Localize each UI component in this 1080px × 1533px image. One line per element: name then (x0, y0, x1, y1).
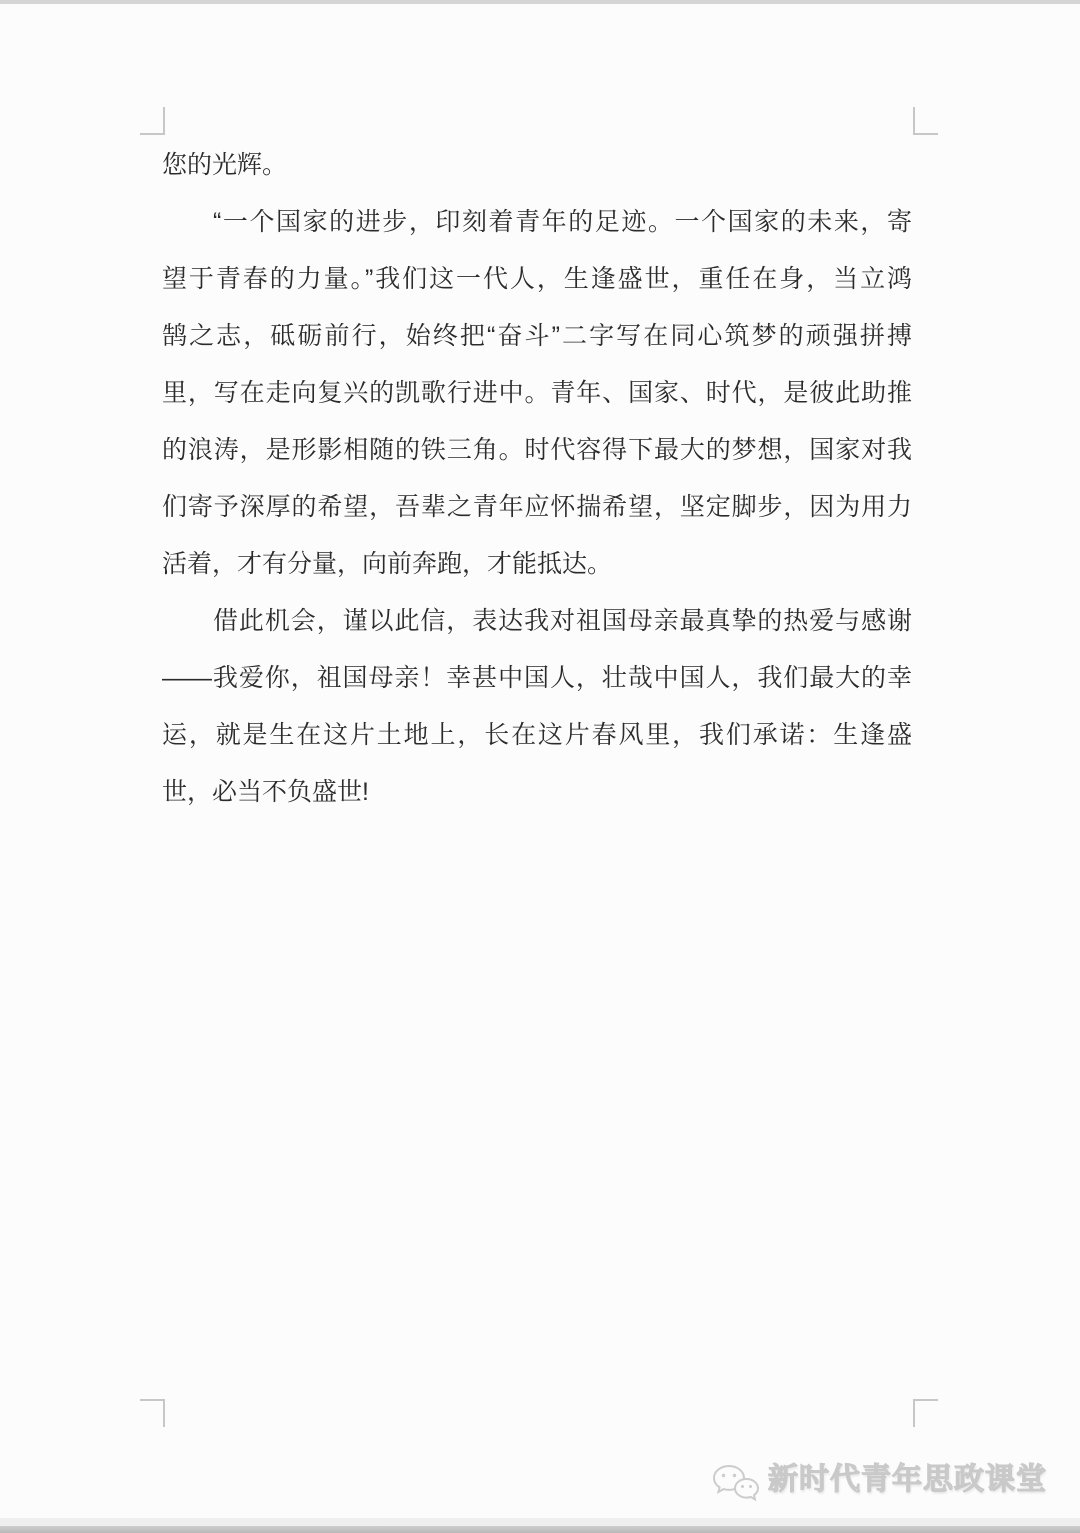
doc-line: 您的光辉。 (162, 137, 912, 194)
doc-line: 活着，才有分量，向前奔跑，才能抵达。 (162, 536, 912, 593)
doc-line: 借此机会，谨以此信，表达我对祖国母亲最真挚的热爱与感谢 (162, 593, 912, 650)
watermark-label: 新时代青年思政课堂 (768, 1461, 1047, 1499)
doc-line: “一个国家的进步，印刻着青年的足迹。一个国家的未来，寄 (162, 194, 912, 251)
watermark: 新时代青年思政课堂 (710, 1461, 1047, 1503)
bottom-edge-bar (0, 1526, 1080, 1533)
document-page: 您的光辉。“一个国家的进步，印刻着青年的足迹。一个国家的未来，寄望于青春的力量。… (0, 0, 1080, 1533)
crop-mark-bottom-left (140, 1399, 165, 1427)
crop-mark-top-right (913, 107, 938, 135)
doc-line: 运，就是生在这片土地上，长在这片春风里，我们承诺：生逢盛 (162, 707, 912, 764)
crop-mark-top-left (140, 107, 165, 135)
doc-line: 望于青春的力量。”我们这一代人，生逢盛世，重任在身，当立鸿 (162, 251, 912, 308)
wechat-icon (710, 1463, 760, 1503)
crop-mark-bottom-right (913, 1399, 938, 1427)
top-edge-bar (0, 0, 1080, 4)
document-body: 您的光辉。“一个国家的进步，印刻着青年的足迹。一个国家的未来，寄望于青春的力量。… (162, 137, 912, 821)
doc-line: 的浪涛，是形影相随的铁三角。时代容得下最大的梦想，国家对我 (162, 422, 912, 479)
doc-line: 世，必当不负盛世! (162, 764, 912, 821)
doc-line: 鹄之志，砥砺前行，始终把“奋斗”二字写在同心筑梦的顽强拼搏 (162, 308, 912, 365)
doc-line: 里，写在走向复兴的凯歌行进中。青年、国家、时代，是彼此助推 (162, 365, 912, 422)
doc-line: 们寄予深厚的希望，吾辈之青年应怀揣希望，坚定脚步，因为用力 (162, 479, 912, 536)
doc-line: ——我爱你，祖国母亲！幸甚中国人，壮哉中国人，我们最大的幸 (162, 650, 912, 707)
bottom-strip (0, 1518, 1080, 1526)
